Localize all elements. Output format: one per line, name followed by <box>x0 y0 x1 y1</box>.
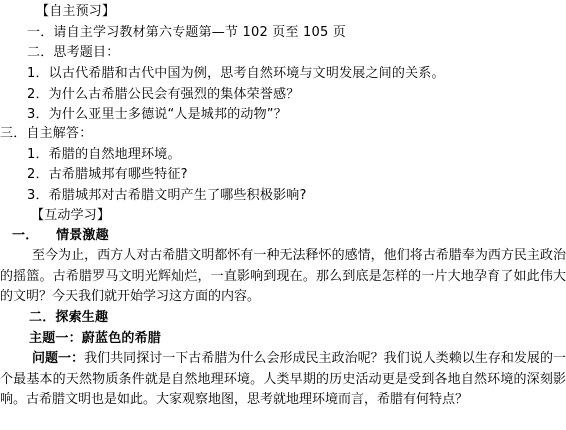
section-1-paragraph: 至今为止，西方人对古希腊文明都怀有一种无法释怀的感情，他们将古希腊奉为西方民主政… <box>0 246 566 308</box>
question-1-paragraph: 问题一：我们共同探讨一下古希腊为什么会形成民主政治呢？我们说人类赖以生存和发展的… <box>0 349 566 411</box>
question-1-text: 我们共同探讨一下古希腊为什么会形成民主政治呢？我们说人类赖以生存和发展的一个最基… <box>0 351 566 407</box>
section-1-title: 情景激趣 <box>56 226 109 246</box>
interactive-heading: 【互动学习】 <box>31 206 110 226</box>
section-1-paragraph-text: 至今为止，西方人对古希腊文明都怀有一种无法释怀的感情，他们将古希腊奉为西方民主政… <box>0 248 566 304</box>
preview-heading: 【自主预习】 <box>36 2 115 22</box>
answer-item-1: 1．希腊的自然地理环境。 <box>27 145 181 165</box>
answer-item-3: 3．希腊城邦对古希腊文明产生了哪些积极影响? <box>27 186 307 206</box>
question-1: 1．以古代希腊和古代中国为例，思考自然环境与文明发展之间的关系。 <box>27 64 445 84</box>
preview-item-2: 二．思考题目： <box>27 43 119 63</box>
self-answer-heading: 三．自主解答： <box>0 124 92 144</box>
question-1-label: 问题一： <box>0 351 84 366</box>
section-2-title: 二．探索生趣 <box>29 308 108 328</box>
answer-item-2: 2．古希腊城邦有哪些特征? <box>27 165 188 185</box>
preview-item-1: 一．请自主学习教材第六专题第—节 102 页至 105 页 <box>27 23 346 43</box>
question-2: 2．为什么古希腊公民会有强烈的集体荣誉感？ <box>27 85 299 105</box>
topic-1-title: 主题一：蔚蓝色的希腊 <box>29 329 161 349</box>
question-3: 3．为什么亚里士多德说“人是城邦的动物”？ <box>27 105 287 125</box>
section-1-number: 一． <box>12 226 38 246</box>
